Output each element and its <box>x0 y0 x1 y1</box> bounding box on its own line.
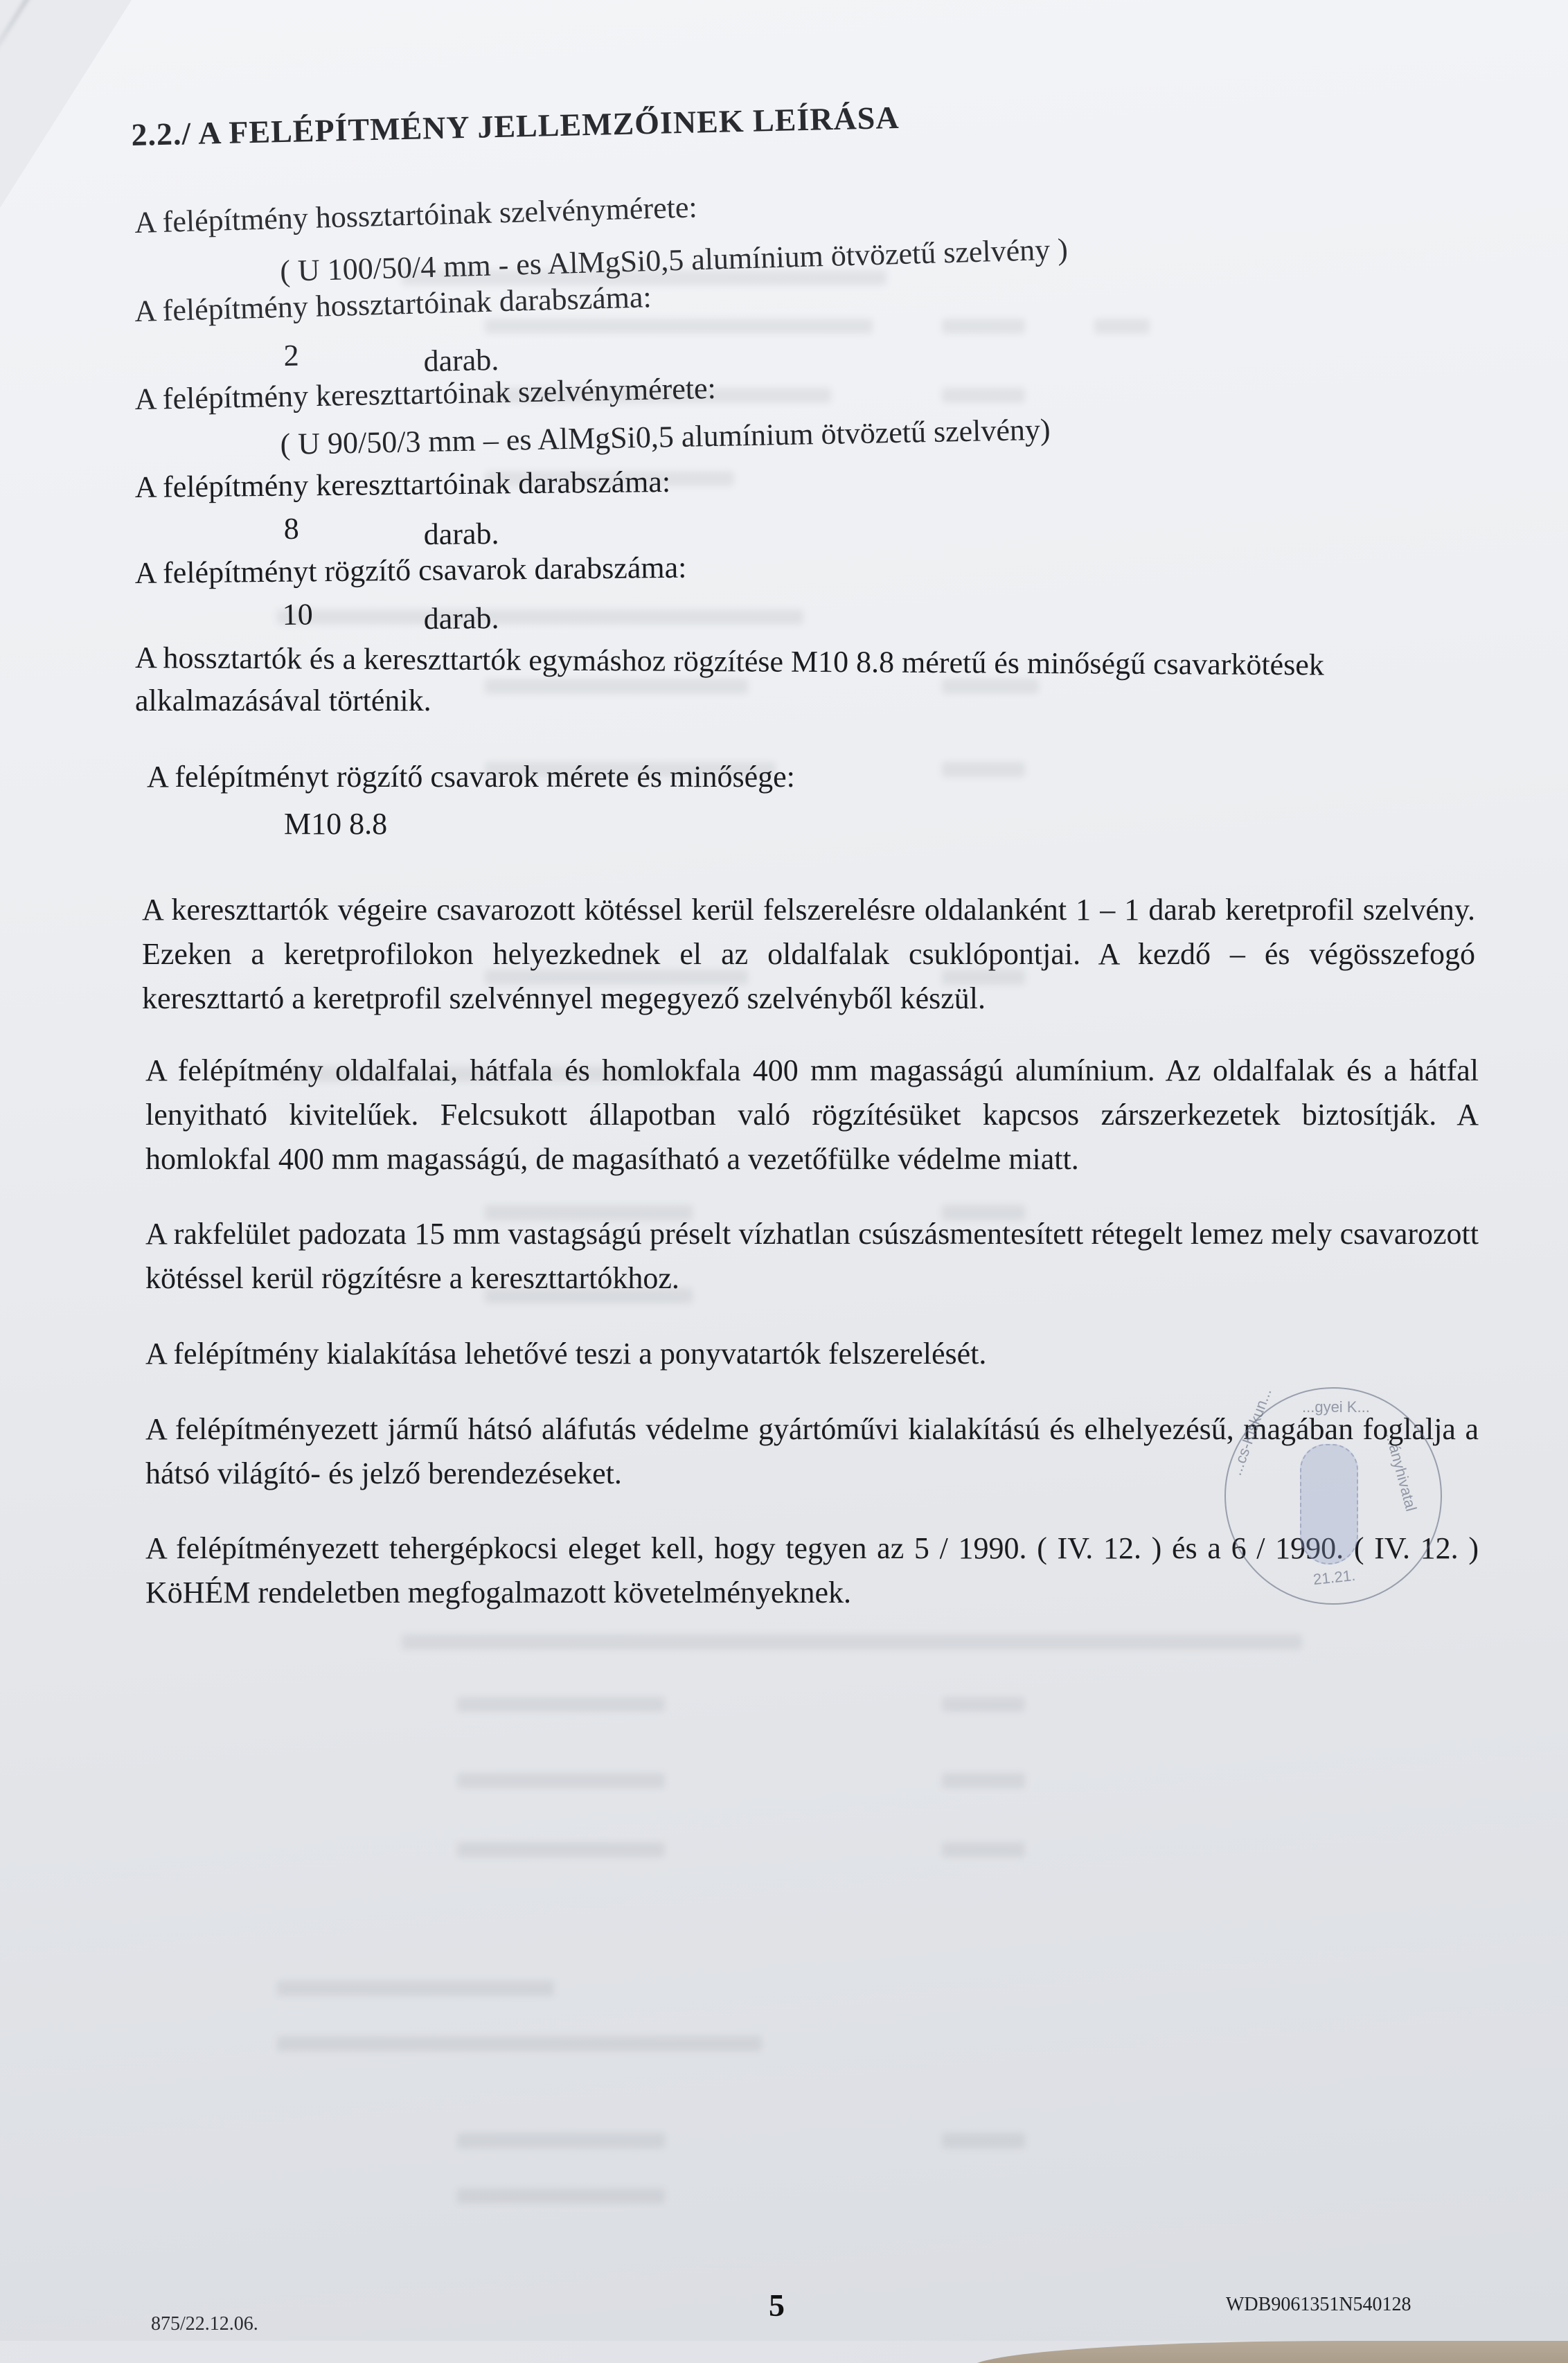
footer-document-reference: 875/22.12.06. <box>151 2313 258 2335</box>
section-heading: 2.2./ A FELÉPÍTMÉNY JELLEMZŐINEK LEÍRÁSA <box>131 102 900 151</box>
spec-label-cross-count: A felépítmény kereszttartóinak darabszám… <box>135 467 671 503</box>
spec-unit-cross-count: darab. <box>424 519 499 550</box>
spec-label-longitudinal-count: A felépítmény hossztartóinak darabszáma: <box>134 282 652 327</box>
paragraph-underrun-protection: A felépítményezett jármű hátsó aláfutás … <box>145 1407 1479 1496</box>
spec-label-cross-profile: A felépítmény kereszttartóinak szelvénym… <box>134 373 716 415</box>
footer-vin: WDB9061351N540128 <box>1226 2294 1411 2316</box>
spec-value-longitudinal-count: 2 <box>283 341 299 371</box>
page-number: 5 <box>769 2287 785 2324</box>
paragraph-frame-profile: A kereszttartók végeire csavarozott köté… <box>142 888 1475 1021</box>
paragraph-side-walls: A felépítmény oldalfalai, hátfala és hom… <box>145 1049 1479 1181</box>
spec-unit-longitudinal-count: darab. <box>423 345 499 377</box>
paragraph-regulations: A felépítményezett tehergépkocsi eleget … <box>145 1526 1479 1615</box>
joint-text-line-2: alkalmazásával történik. <box>135 686 431 716</box>
spec-value-cross-count: 8 <box>284 514 299 544</box>
spec-unit-bolt-count: darab. <box>424 603 499 634</box>
paragraph-tarpaulin: A felépítmény kialakítása lehetővé teszi… <box>145 1332 1479 1376</box>
photo-scene: 2.2./ A FELÉPÍTMÉNY JELLEMZŐINEK LEÍRÁSA… <box>0 0 1568 2363</box>
spec-value-cross-profile: ( U 90/50/3 mm – es AlMgSi0,5 alumínium … <box>280 415 1051 460</box>
spec-label-bolt-count: A felépítményt rögzítő csavarok darabszá… <box>135 553 687 589</box>
paragraph-floor: A rakfelület padozata 15 mm vastagságú p… <box>145 1212 1479 1301</box>
spec-value-bolt-count: 10 <box>283 600 313 630</box>
bolt-spec-value: M10 8.8 <box>284 809 387 839</box>
document-content: 2.2./ A FELÉPÍTMÉNY JELLEMZŐINEK LEÍRÁSA… <box>0 0 1568 2363</box>
bolt-spec-label: A felépítményt rögzítő csavarok mérete é… <box>147 762 795 792</box>
spec-value-longitudinal-profile: ( U 100/50/4 mm - es AlMgSi0,5 alumínium… <box>280 234 1069 287</box>
joint-text-line-1: A hossztartók és a kereszttartók egymásh… <box>135 643 1324 680</box>
spec-label-longitudinal-profile: A felépítmény hossztartóinak szelvénymér… <box>134 192 697 238</box>
